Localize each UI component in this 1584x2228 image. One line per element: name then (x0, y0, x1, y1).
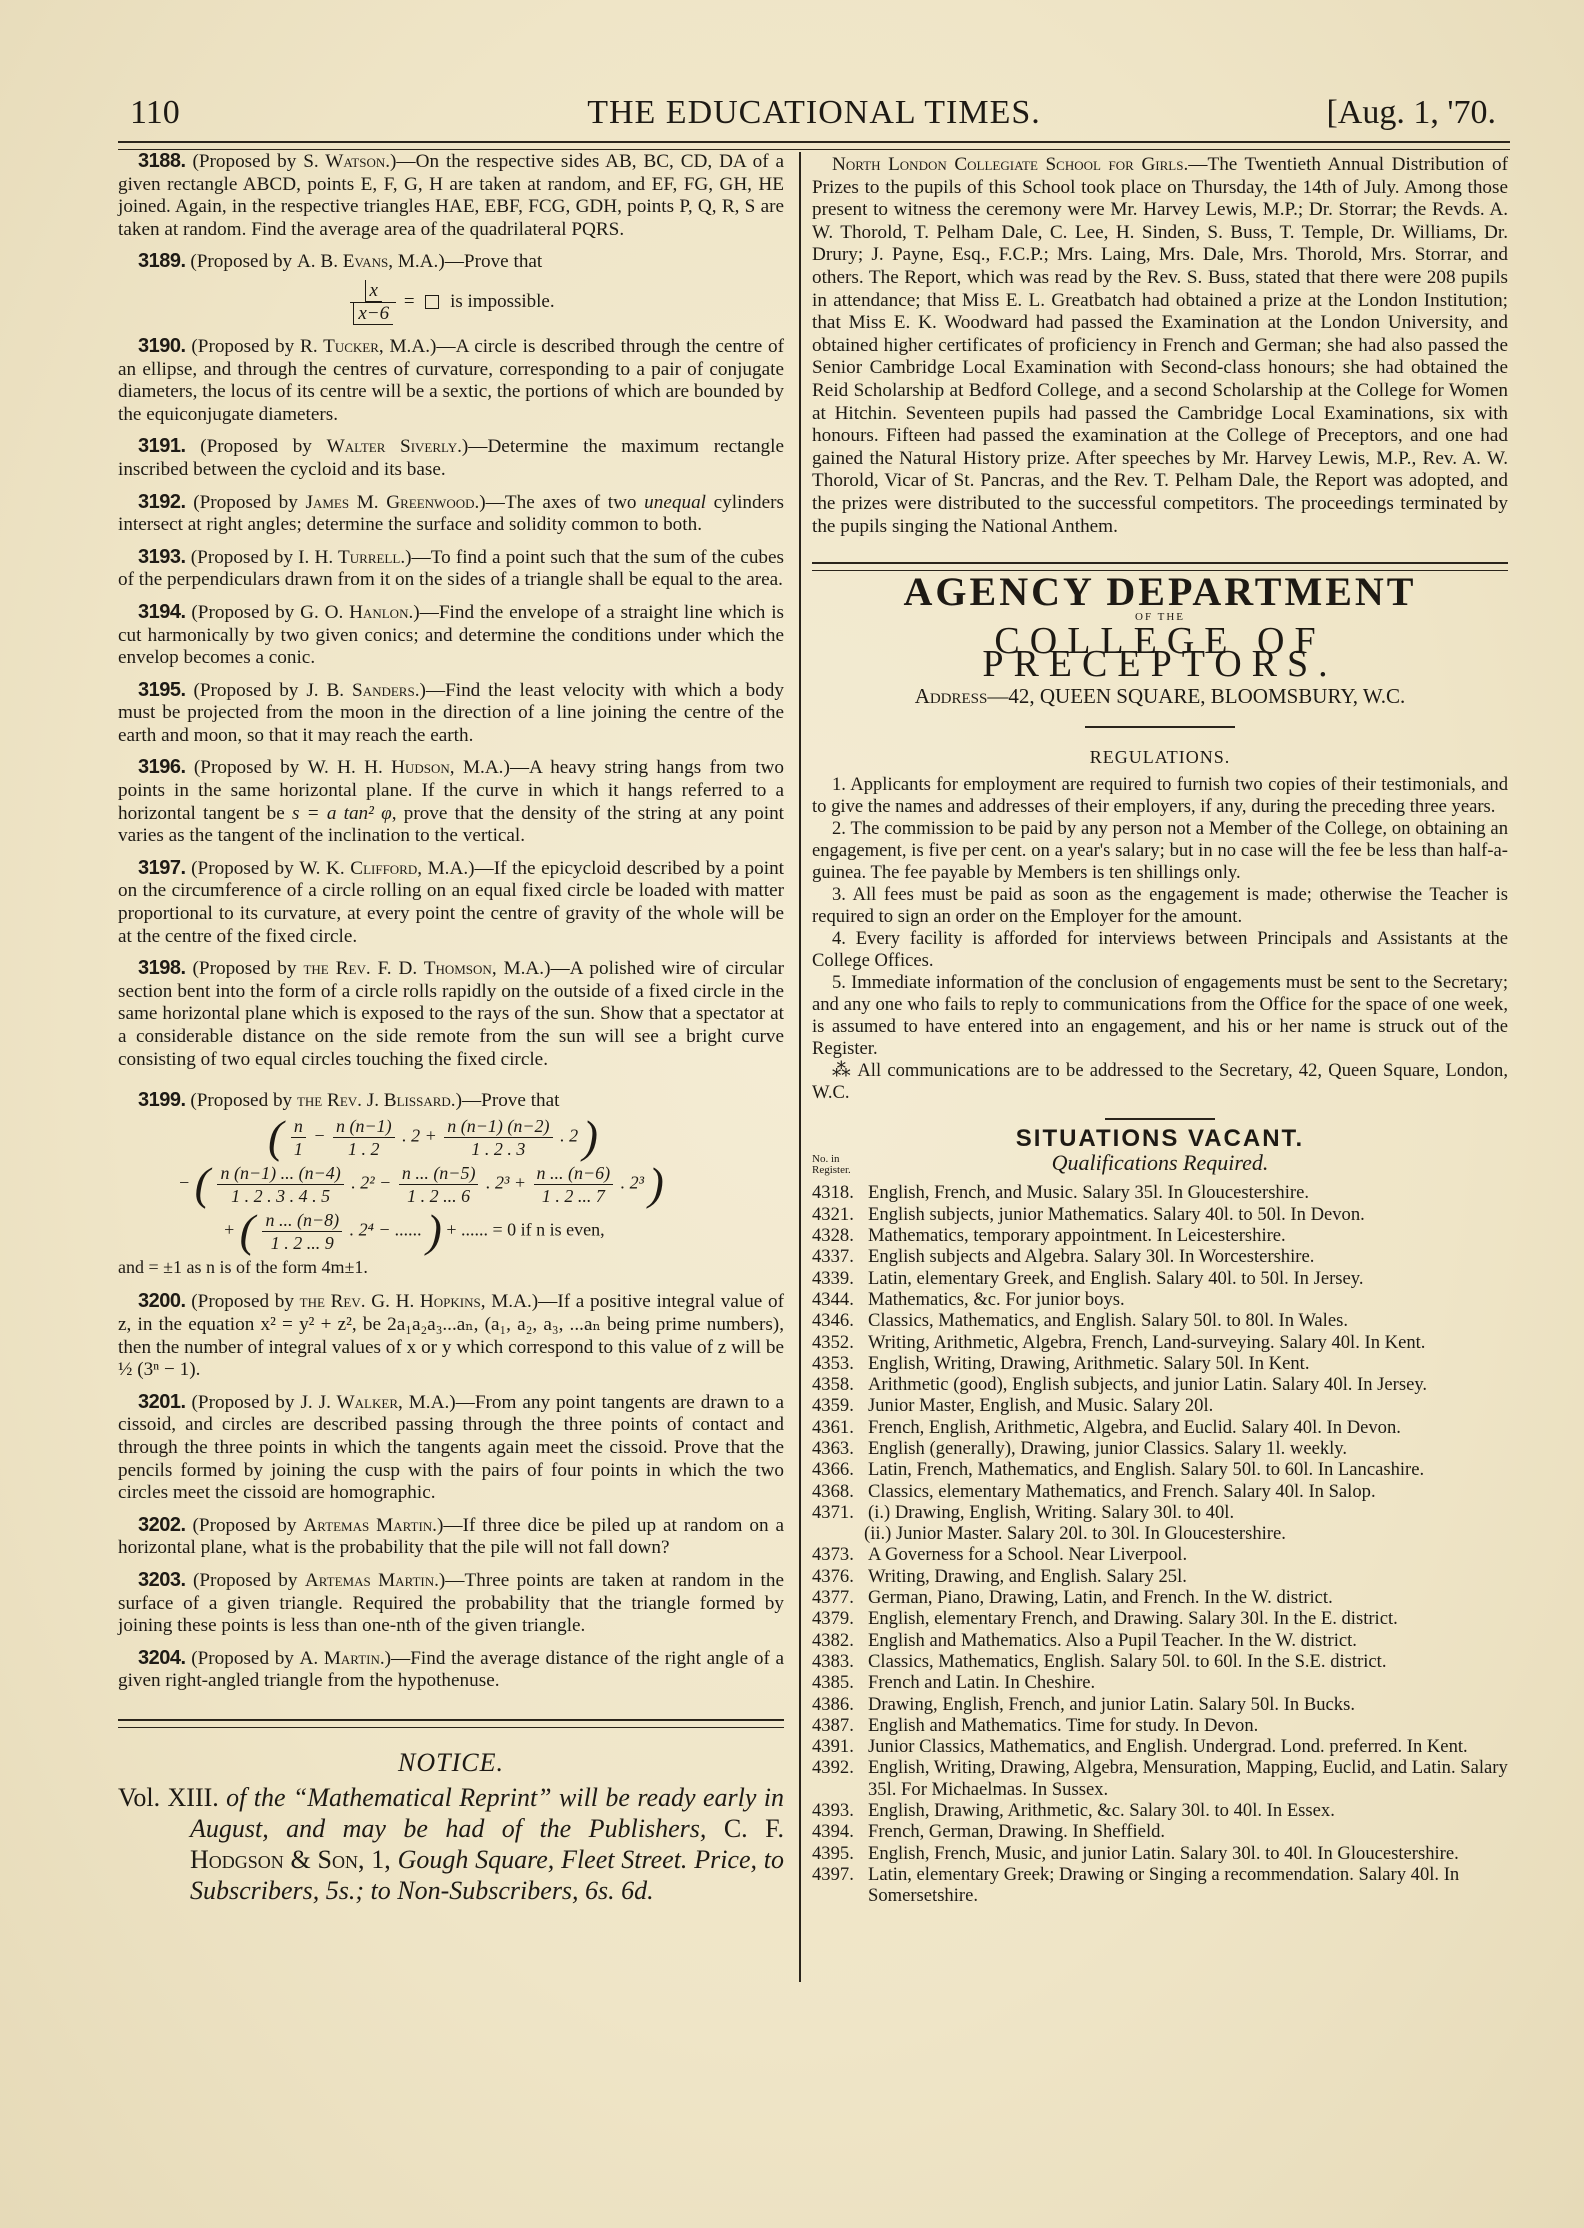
qualification-text: Writing, Drawing, and English. Salary 25… (868, 1566, 1187, 1587)
problem-number: 3197. (138, 857, 186, 879)
notice-text: of the “Mathematical Reprint” will be re… (190, 1783, 784, 1843)
register-number: 4363. (812, 1438, 868, 1459)
issue-date: [Aug. 1, '70. (1326, 94, 1496, 132)
qualification-text: Mathematics, temporary appointment. In L… (868, 1225, 1286, 1246)
qualification-text: English subjects, junior Mathematics. Sa… (868, 1204, 1365, 1225)
situation-row: 4383.Classics, Mathematics, English. Sal… (812, 1651, 1508, 1672)
qualifications: English, Drawing, Arithmetic, &c. Salary… (868, 1800, 1508, 1821)
register-number: 4361. (812, 1417, 868, 1438)
proposed-suffix: )— (462, 436, 488, 457)
qualifications: Classics, Mathematics, and English. Sala… (868, 1310, 1508, 1331)
proposer-name: W. H. H. Hudson, M.A. (308, 757, 504, 778)
situation-row: 4386.Drawing, English, French, and junio… (812, 1694, 1508, 1715)
fraction: n1 (291, 1115, 306, 1160)
qualifications: English, French, Music, and junior Latin… (868, 1843, 1508, 1864)
inline-math: s = a tan² φ (292, 803, 392, 824)
problem-3204: 3204. (Proposed by A. Martin.)—Find the … (118, 1647, 784, 1693)
problem-number: 3190. (138, 335, 186, 357)
operator: . 2³ (621, 1172, 644, 1192)
news-item-north-london-collegiate: North London Collegiate School for Girls… (812, 154, 1508, 538)
problem-number: 3195. (138, 679, 186, 701)
qualifications: Arithmetic (good), English subjects, and… (868, 1374, 1508, 1395)
close-paren: ) (427, 1205, 442, 1256)
fraction: n (n−1) ... (n−4)1 . 2 . 3 . 4 . 5 (217, 1162, 343, 1207)
denominator: 1 . 2 . 3 (444, 1138, 552, 1160)
address-label: Address (915, 684, 988, 708)
situations-title: SITUATIONS VACANT. (812, 1128, 1508, 1151)
proposed-suffix: )— (544, 958, 570, 979)
situation-row: 4395.English, French, Music, and junior … (812, 1843, 1508, 1864)
proposer-name: J. B. Sanders. (306, 680, 419, 701)
problem-text: Prove that (464, 251, 542, 272)
problem-3202: 3202. (Proposed by Artemas Martin.)—If t… (118, 1514, 784, 1560)
qualification-text: Latin, elementary Greek; Drawing or Sing… (868, 1864, 1459, 1906)
situation-row: 4376.Writing, Drawing, and English. Sala… (812, 1566, 1508, 1587)
qualification-text: French, English, Arithmetic, Algebra, an… (868, 1417, 1401, 1438)
denominator: 1 . 2 ... 9 (262, 1232, 342, 1254)
qualifications: English, Writing, Drawing, Arithmetic. S… (868, 1353, 1508, 1374)
situation-row: 4371.(i.) Drawing, English, Writing. Sal… (812, 1502, 1508, 1545)
proposed-prefix: (Proposed by (194, 757, 308, 778)
open-paren: ( (240, 1205, 255, 1256)
fraction: n (n−1) (n−2)1 . 2 . 3 (444, 1115, 552, 1160)
problem-3198: 3198. (Proposed by the Rev. F. D. Thomso… (118, 957, 784, 1071)
qualification-text: Junior Classics, Mathematics, and Englis… (868, 1736, 1468, 1757)
qualifications: Latin, elementary Greek; Drawing or Sing… (868, 1864, 1508, 1907)
volume-label: Vol. XIII. (118, 1783, 219, 1812)
qualification-text: English, Drawing, Arithmetic, &c. Salary… (868, 1800, 1335, 1821)
proposed-suffix: )— (503, 757, 529, 778)
situation-row: 4339.Latin, elementary Greek, and Englis… (812, 1268, 1508, 1289)
problem-3199: 3199. (Proposed by the Rev. J. Blissard.… (118, 1089, 784, 1113)
proposer-name: A. B. Evans, M.A. (297, 251, 438, 272)
qualification-text: English (generally), Drawing, junior Cla… (868, 1438, 1347, 1459)
situation-row: 4352.Writing, Arithmetic, Algebra, Frenc… (812, 1332, 1508, 1353)
proposed-suffix: )— (420, 680, 446, 701)
operator: . 2² − (351, 1172, 391, 1192)
news-heading: North London Collegiate School for Girls… (832, 154, 1188, 175)
qualification-text: Classics, Mathematics, English. Salary 5… (868, 1651, 1387, 1672)
problem-text: The axes of two (505, 492, 644, 513)
proposer-name: S. Watson. (303, 151, 390, 172)
proposed-suffix: )— (390, 151, 416, 172)
register-number: 4397. (812, 1864, 868, 1907)
proposed-prefix: (Proposed by (192, 151, 303, 172)
register-number: 4339. (812, 1268, 868, 1289)
problem-3191: 3191. (Proposed by Walter Siverly.)—Dete… (118, 435, 784, 481)
proposer-name: James M. Greenwood. (306, 492, 480, 513)
situation-row: 4346.Classics, Mathematics, and English.… (812, 1310, 1508, 1331)
qualification-text: English subjects and Algebra. Salary 30l… (868, 1246, 1314, 1267)
proposer-name: Walter Siverly. (327, 436, 462, 457)
problem-number: 3200. (138, 1290, 186, 1312)
qualifications: English subjects and Algebra. Salary 30l… (868, 1246, 1508, 1267)
open-paren: ( (268, 1111, 283, 1162)
qualification-text: Classics, elementary Mathematics, and Fr… (868, 1481, 1376, 1502)
qualifications: Writing, Arithmetic, Algebra, French, La… (868, 1332, 1508, 1353)
problem-number: 3202. (138, 1514, 186, 1536)
problem-3192: 3192. (Proposed by James M. Greenwood.)—… (118, 491, 784, 537)
proposed-suffix: )— (439, 1570, 465, 1591)
proposed-suffix: )— (438, 251, 464, 272)
qualification-text: English, Writing, Drawing, Algebra, Mens… (868, 1757, 1508, 1799)
right-column: North London Collegiate School for Girls… (812, 150, 1508, 1907)
proposed-suffix: )— (456, 1090, 482, 1111)
problem-number: 3189. (138, 250, 186, 272)
col-qualifications: Qualifications Required. (812, 1152, 1508, 1175)
newspaper-page: 110 THE EDUCATIONAL TIMES. [Aug. 1, '70.… (0, 0, 1584, 2228)
notice-body: Vol. XIII. of the “Mathematical Reprint”… (118, 1782, 784, 1906)
formula-conclusion: and = ±1 as n is of the form 4m±1. (118, 1256, 784, 1279)
qualifications: French and Latin. In Cheshire. (868, 1672, 1508, 1693)
header-rule (118, 141, 1510, 150)
problem-number: 3194. (138, 601, 186, 623)
qualifications: Junior Classics, Mathematics, and Englis… (868, 1736, 1508, 1757)
situation-row: 4337.English subjects and Algebra. Salar… (812, 1246, 1508, 1267)
register-number: 4318. (812, 1182, 868, 1203)
numerator: n ... (n−8) (262, 1209, 342, 1232)
qualification-text: Latin, elementary Greek, and English. Sa… (868, 1268, 1364, 1289)
qualifications: Junior Master, English, and Music. Salar… (868, 1395, 1508, 1416)
proposed-prefix: (Proposed by (193, 1515, 304, 1536)
register-number: 4386. (812, 1694, 868, 1715)
qualification-text: French and Latin. In Cheshire. (868, 1672, 1095, 1693)
situation-row: 4393.English, Drawing, Arithmetic, &c. S… (812, 1800, 1508, 1821)
close-paren: ) (583, 1111, 598, 1162)
situation-row: 4382.English and Mathematics. Also a Pup… (812, 1630, 1508, 1651)
proposer-name: W. K. Clifford, M.A. (299, 858, 468, 879)
qualifications: Classics, elementary Mathematics, and Fr… (868, 1481, 1508, 1502)
problem-number: 3204. (138, 1647, 186, 1669)
problem-3195: 3195. (Proposed by J. B. Sanders.)—Find … (118, 679, 784, 748)
numerator: x (350, 280, 396, 303)
register-number: 4371. (812, 1502, 868, 1545)
regulation-item: 3. All fees must be paid as soon as the … (812, 884, 1508, 928)
proposer-name: J. J. Walker, M.A. (300, 1392, 449, 1413)
proposer-name: the Rev. J. Blissard. (297, 1090, 456, 1111)
square-symbol (425, 295, 439, 309)
problem-number: 3193. (138, 546, 186, 568)
qualifications: Classics, Mathematics, English. Salary 5… (868, 1651, 1508, 1672)
problem-3194: 3194. (Proposed by G. O. Hanlon.)—Find t… (118, 601, 784, 670)
problem-text: Prove that (481, 1090, 559, 1111)
operator: . 2⁴ − ...... (350, 1219, 422, 1239)
qualifications: (i.) Drawing, English, Writing. Salary 3… (868, 1502, 1508, 1545)
regulation-item: 5. Immediate information of the conclusi… (812, 972, 1508, 1060)
news-text: —The Twentieth Annual Distribution of Pr… (812, 154, 1508, 537)
close-paren: ) (649, 1158, 664, 1209)
qualifications: Latin, French, Mathematics, and English.… (868, 1459, 1508, 1480)
situations-header: No. inRegister. Qualifications Required. (812, 1152, 1508, 1182)
denominator: 1 . 2 (333, 1138, 395, 1160)
register-number: 4394. (812, 1821, 868, 1842)
proposed-prefix: (Proposed by (193, 958, 304, 979)
problem-number: 3198. (138, 957, 186, 979)
qualifications: English and Mathematics. Time for study.… (868, 1715, 1508, 1736)
register-number: 4368. (812, 1481, 868, 1502)
situations-list: 4318.English, French, and Music. Salary … (812, 1182, 1508, 1906)
qualification-text: Mathematics, &c. For junior boys. (868, 1289, 1125, 1310)
proposed-suffix: )— (405, 547, 431, 568)
proposer-name: Artemas Martin. (303, 1515, 437, 1536)
situation-row: 4394.French, German, Drawing. In Sheffie… (812, 1821, 1508, 1842)
register-number: 4376. (812, 1566, 868, 1587)
qualification-text: German, Piano, Drawing, Latin, and Frenc… (868, 1587, 1333, 1608)
open-paren: ( (195, 1158, 210, 1209)
proposed-prefix: (Proposed by (193, 1570, 305, 1591)
situation-row: 4344.Mathematics, &c. For junior boys. (812, 1289, 1508, 1310)
qualifications: A Governess for a School. Near Liverpool… (868, 1544, 1508, 1565)
situation-row: 4361.French, English, Arithmetic, Algebr… (812, 1417, 1508, 1438)
problem-number: 3196. (138, 756, 186, 778)
qualification-text: English and Mathematics. Time for study.… (868, 1715, 1258, 1736)
section-rule (118, 1719, 784, 1728)
notice-title: NOTICE. (118, 1752, 784, 1775)
proposed-suffix: )— (468, 858, 494, 879)
formula-rhs: is impossible. (450, 291, 555, 312)
qualification-text: English, French, and Music. Salary 35l. … (868, 1182, 1309, 1203)
register-number: 4353. (812, 1353, 868, 1374)
short-rule (1085, 726, 1235, 728)
left-column-questions: 3188. (Proposed by S. Watson.)—On the re… (118, 150, 784, 1906)
factorial-x-minus-6: x−6 (353, 303, 393, 325)
register-number: 4377. (812, 1587, 868, 1608)
problem-number: 3191. (138, 435, 186, 457)
numerator: n (n−1) (333, 1115, 395, 1138)
proposed-suffix: )— (479, 492, 505, 513)
situation-row: 4321.English subjects, junior Mathematic… (812, 1204, 1508, 1225)
proposed-prefix: (Proposed by (192, 1392, 301, 1413)
problem-3197: 3197. (Proposed by W. K. Clifford, M.A.)… (118, 857, 784, 948)
proposer-name: Artemas Martin. (305, 1570, 439, 1591)
qualification-text: Arithmetic (good), English subjects, and… (868, 1374, 1427, 1395)
qualifications: Drawing, English, French, and junior Lat… (868, 1694, 1508, 1715)
proposed-prefix: (Proposed by (190, 251, 297, 272)
register-number: 4379. (812, 1608, 868, 1629)
proposed-suffix: )— (430, 336, 456, 357)
regulations-title: REGULATIONS. (812, 746, 1508, 769)
qualifications: English (generally), Drawing, junior Cla… (868, 1438, 1508, 1459)
numerator: n (n−1) (n−2) (444, 1115, 552, 1138)
address-text: —42, QUEEN SQUARE, BLOOMSBURY, W.C. (987, 684, 1405, 708)
register-number: 4359. (812, 1395, 868, 1416)
notice: NOTICE. Vol. XIII. of the “Mathematical … (118, 1752, 784, 1907)
qualification-text: Classics, Mathematics, and English. Sala… (868, 1310, 1348, 1331)
register-number: 4337. (812, 1246, 868, 1267)
proposed-prefix: (Proposed by (191, 858, 299, 879)
problem-number: 3199. (138, 1089, 186, 1111)
proposed-suffix: )— (532, 1291, 558, 1312)
short-rule (1105, 1118, 1215, 1120)
agency-title: AGENCY DEPARTMENT (812, 581, 1508, 604)
proposed-prefix: (Proposed by (191, 1648, 299, 1669)
register-number: 4391. (812, 1736, 868, 1757)
publication-title: THE EDUCATIONAL TIMES. (118, 94, 1510, 132)
operator: . 2³ + (486, 1172, 526, 1192)
proposer-name: I. H. Turrell. (298, 547, 405, 568)
situation-row: 4353.English, Writing, Drawing, Arithmet… (812, 1353, 1508, 1374)
qualification-text: Writing, Arithmetic, Algebra, French, La… (868, 1332, 1425, 1353)
proposed-prefix: (Proposed by (193, 680, 306, 701)
proposer-name: the Rev. F. D. Thomson, M.A. (303, 958, 544, 979)
register-number: 4395. (812, 1843, 868, 1864)
situation-row: 4391.Junior Classics, Mathematics, and E… (812, 1736, 1508, 1757)
qualification-text: English, French, Music, and junior Latin… (868, 1843, 1459, 1864)
register-number: 4373. (812, 1544, 868, 1565)
qualification-text: A Governess for a School. Near Liverpool… (868, 1544, 1187, 1565)
proposed-prefix: (Proposed by (200, 436, 326, 457)
proposed-prefix: (Proposed by (191, 336, 300, 357)
qualification-subtext: (ii.) Junior Master. Salary 20l. to 30l.… (864, 1523, 1508, 1544)
qualification-text: Latin, French, Mathematics, and English.… (868, 1459, 1424, 1480)
proposed-suffix: )— (449, 1392, 475, 1413)
qualifications: English, French, and Music. Salary 35l. … (868, 1182, 1508, 1203)
proposed-suffix: )— (437, 1515, 463, 1536)
formula-line-2: − ( n (n−1) ... (n−4)1 . 2 . 3 . 4 . 5 .… (118, 1162, 784, 1207)
qualification-text: English, elementary French, and Drawing.… (868, 1608, 1398, 1629)
agency-address: Address—42, QUEEN SQUARE, BLOOMSBURY, W.… (812, 685, 1508, 708)
situation-row: 4392.English, Writing, Drawing, Algebra,… (812, 1757, 1508, 1800)
situation-row: 4397.Latin, elementary Greek; Drawing or… (812, 1864, 1508, 1907)
numerator: n (291, 1115, 306, 1138)
situation-row: 4368.Classics, elementary Mathematics, a… (812, 1481, 1508, 1502)
formula-line-3: + ( n ... (n−8)1 . 2 ... 9 . 2⁴ − ......… (118, 1209, 784, 1254)
numerator: n (n−1) ... (n−4) (217, 1162, 343, 1185)
series-formula: ( n1 − n (n−1)1 . 2 . 2 + n (n−1) (n−2)1… (118, 1115, 784, 1279)
problem-3203: 3203. (Proposed by Artemas Martin.)—Thre… (118, 1569, 784, 1638)
qualifications: English and Mathematics. Also a Pupil Te… (868, 1630, 1508, 1651)
problem-3196: 3196. (Proposed by W. H. H. Hudson, M.A.… (118, 756, 784, 847)
qualifications: Writing, Drawing, and English. Salary 25… (868, 1566, 1508, 1587)
situation-row: 4366.Latin, French, Mathematics, and Eng… (812, 1459, 1508, 1480)
situation-row: 4379.English, elementary French, and Dra… (812, 1608, 1508, 1629)
problem-number: 3188. (138, 150, 186, 172)
register-number: 4366. (812, 1459, 868, 1480)
qualifications: French, German, Drawing. In Sheffield. (868, 1821, 1508, 1842)
proposer-name: R. Tucker, M.A. (300, 336, 430, 357)
fraction: n (n−1)1 . 2 (333, 1115, 395, 1160)
qualifications: French, English, Arithmetic, Algebra, an… (868, 1417, 1508, 1438)
fraction: x x−6 (350, 280, 396, 325)
fraction: n ... (n−5)1 . 2 ... 6 (399, 1162, 479, 1207)
problem-3200: 3200. (Proposed by the Rev. G. H. Hopkin… (118, 1290, 784, 1381)
register-number: 4392. (812, 1757, 868, 1800)
qualifications: English, elementary French, and Drawing.… (868, 1608, 1508, 1629)
situation-row: 4363.English (generally), Drawing, junio… (812, 1438, 1508, 1459)
register-number: 4385. (812, 1672, 868, 1693)
communications-note: ⁂ All communications are to be addressed… (812, 1060, 1508, 1104)
qualifications: Mathematics, &c. For junior boys. (868, 1289, 1508, 1310)
regulation-item: 1. Applicants for employment are require… (812, 774, 1508, 818)
factorial-x: x (365, 280, 382, 302)
regulation-item: 4. Every facility is afforded for interv… (812, 928, 1508, 972)
denominator: 1 . 2 . 3 . 4 . 5 (217, 1185, 343, 1207)
proposer-name: A. Martin. (300, 1648, 385, 1669)
qualifications: German, Piano, Drawing, Latin, and Frenc… (868, 1587, 1508, 1608)
situation-row: 4358.Arithmetic (good), English subjects… (812, 1374, 1508, 1395)
qualification-text: Drawing, English, French, and junior Lat… (868, 1694, 1355, 1715)
register-number: 4383. (812, 1651, 868, 1672)
problem-3189: 3189. (Proposed by A. B. Evans, M.A.)—Pr… (118, 250, 784, 274)
register-number: 4393. (812, 1800, 868, 1821)
qualification-text: French, German, Drawing. In Sheffield. (868, 1821, 1165, 1842)
qualification-text: Junior Master, English, and Music. Salar… (868, 1395, 1213, 1416)
register-number: 4352. (812, 1332, 868, 1353)
problem-number: 3201. (138, 1391, 186, 1413)
regulation-item: 2. The commission to be paid by any pers… (812, 818, 1508, 884)
agency-department: AGENCY DEPARTMENT OF THE COLLEGE OF PREC… (812, 581, 1508, 1120)
qualifications: English, Writing, Drawing, Algebra, Mens… (868, 1757, 1508, 1800)
proposed-prefix: (Proposed by (191, 547, 298, 568)
register-number: 4358. (812, 1374, 868, 1395)
emphasis: unequal (644, 492, 706, 513)
proposed-suffix: )— (385, 1648, 411, 1669)
proposer-name: G. O. Hanlon. (300, 602, 413, 623)
register-number: 4346. (812, 1310, 868, 1331)
qualifications: Latin, elementary Greek, and English. Sa… (868, 1268, 1508, 1289)
proposed-prefix: (Proposed by (191, 602, 300, 623)
register-number: 4382. (812, 1630, 868, 1651)
qualification-text: English and Mathematics. Also a Pupil Te… (868, 1630, 1357, 1651)
qualification-text: English, Writing, Drawing, Arithmetic. S… (868, 1353, 1309, 1374)
denominator: 1 (291, 1138, 306, 1160)
problem-number: 3192. (138, 491, 186, 513)
problem-3190: 3190. (Proposed by R. Tucker, M.A.)—A ci… (118, 335, 784, 426)
situation-row: 4387.English and Mathematics. Time for s… (812, 1715, 1508, 1736)
proposed-prefix: (Proposed by (190, 1090, 297, 1111)
formula-line-1: ( n1 − n (n−1)1 . 2 . 2 + n (n−1) (n−2)1… (118, 1115, 784, 1160)
register-number: 4344. (812, 1289, 868, 1310)
problem-3188: 3188. (Proposed by S. Watson.)—On the re… (118, 150, 784, 241)
fraction: n ... (n−8)1 . 2 ... 9 (262, 1209, 342, 1254)
qualifications: English subjects, junior Mathematics. Sa… (868, 1204, 1508, 1225)
denominator: 1 . 2 ... 6 (399, 1185, 479, 1207)
column-divider (799, 152, 801, 1982)
fraction: n ... (n−6)1 . 2 ... 7 (534, 1162, 614, 1207)
situation-row: 4328.Mathematics, temporary appointment.… (812, 1225, 1508, 1246)
proposed-prefix: (Proposed by (193, 492, 305, 513)
qualifications: Mathematics, temporary appointment. In L… (868, 1225, 1508, 1246)
problem-3201: 3201. (Proposed by J. J. Walker, M.A.)—F… (118, 1391, 784, 1505)
register-number: 4321. (812, 1204, 868, 1225)
situation-row: 4373.A Governess for a School. Near Live… (812, 1544, 1508, 1565)
problem-3193: 3193. (Proposed by I. H. Turrell.)—To fi… (118, 546, 784, 592)
proposed-suffix: )— (413, 602, 439, 623)
register-number: 4387. (812, 1715, 868, 1736)
situation-row: 4377.German, Piano, Drawing, Latin, and … (812, 1587, 1508, 1608)
register-number: 4328. (812, 1225, 868, 1246)
operator: − (313, 1125, 325, 1145)
proposer-name: the Rev. G. H. Hopkins, M.A. (300, 1291, 532, 1312)
denominator: x−6 (350, 303, 396, 325)
situation-row: 4359.Junior Master, English, and Music. … (812, 1395, 1508, 1416)
page-header: 110 THE EDUCATIONAL TIMES. [Aug. 1, '70. (118, 94, 1510, 142)
situation-row: 4318.English, French, and Music. Salary … (812, 1182, 1508, 1203)
numerator: n ... (n−6) (534, 1162, 614, 1185)
operator: . 2 (560, 1125, 578, 1145)
problem-number: 3203. (138, 1569, 186, 1591)
formula-tail: + ...... = 0 if n is even, (446, 1219, 604, 1239)
college-title: COLLEGE OF PRECEPTORS. (812, 630, 1508, 675)
qualification-text: (i.) Drawing, English, Writing. Salary 3… (868, 1502, 1234, 1523)
proposed-prefix: (Proposed by (191, 1291, 299, 1312)
numerator: n ... (n−5) (399, 1162, 479, 1185)
situations-vacant: SITUATIONS VACANT. No. inRegister. Quali… (812, 1128, 1508, 1907)
denominator: 1 . 2 ... 7 (534, 1185, 614, 1207)
situation-row: 4385.French and Latin. In Cheshire. (812, 1672, 1508, 1693)
factorial-formula: x x−6 = is impossible. (118, 280, 784, 325)
operator: . 2 + (402, 1125, 437, 1145)
